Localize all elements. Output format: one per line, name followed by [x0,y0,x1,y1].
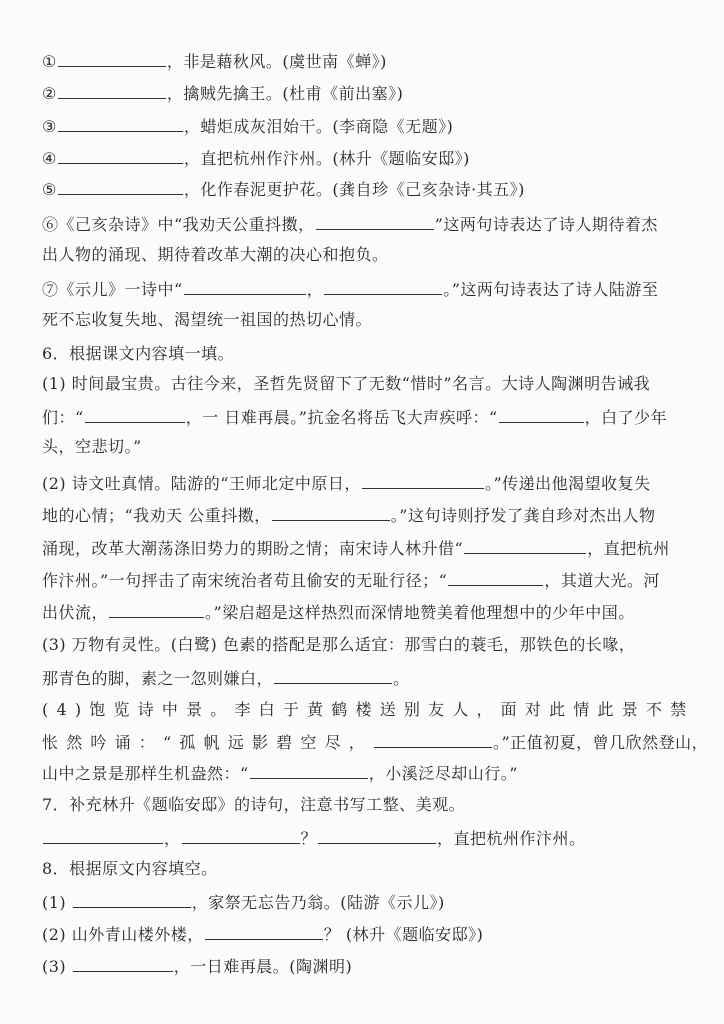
fill-in-blank[interactable] [448,569,543,586]
line-text: ③ [42,117,57,136]
line-text: ， [307,280,324,299]
text-line: ②，擒贼先擒王。(杜甫《前出塞》) [42,82,684,104]
fill-in-blank[interactable] [324,278,442,295]
fill-in-blank[interactable] [58,147,183,164]
text-line: (2) 山外青山楼外楼，？ (林升《题临安邸》) [42,923,684,945]
line-text: ，其道大光。河 [544,571,660,590]
text-line: 那青色的脚，素之一忽则嫌白，。 [42,667,684,689]
fill-in-blank[interactable] [316,213,434,230]
line-text: 头，空悲切。” [42,437,142,456]
fill-in-blank[interactable] [362,472,484,489]
fill-in-blank[interactable] [205,923,323,940]
line-text: 7．补充林升《题临安邸》的诗句，注意书写工整、美观。 [42,795,465,814]
line-text: ，小溪泛尽却山行。” [369,764,518,783]
fill-in-blank[interactable] [43,827,163,844]
line-text: 出伏流， [42,603,108,622]
fill-in-blank[interactable] [318,827,436,844]
text-line: 8．根据原文内容填空。 [42,859,684,879]
text-line: ，？，直把杭州作汴州。 [42,827,684,849]
fill-in-blank[interactable] [58,178,183,195]
text-line: ④，直把杭州作汴州。(林升《题临安邸》) [42,147,684,169]
text-line: 怅然吟诵：“孤帆远影碧空尽，。”正值初夏，曾几欣然登山， [42,731,684,753]
text-line: 涌现，改革大潮荡涤旧势力的期盼之情；南宋诗人林升借“，直把杭州 [42,537,684,559]
fill-in-blank[interactable] [250,762,368,779]
line-text: 出人物的涌现、期待着改革大潮的决心和抱负。 [42,245,389,264]
line-text: 死不忘收复失地、渴望统一祖国的热切心情。 [42,310,372,329]
fill-in-blank[interactable] [58,82,166,99]
line-text: ④ [42,149,57,168]
text-line: ⑤，化作春泥更护花。(龚自珍《己亥杂诗·其五》) [42,178,684,200]
line-text: ”这两句诗表达了诗人期待着杰 [435,215,658,234]
fill-in-blank[interactable] [73,891,191,908]
line-text: ，直把杭州作汴州。 [437,829,586,848]
line-text: ，一日难再晨。(陶渊明) [174,957,353,976]
text-line: ③，蜡炬成灰泪始干。(李商隐《无题》) [42,115,684,137]
text-line: (3) ，一日难再晨。(陶渊明) [42,955,684,977]
line-text: 。”这两句诗表达了诗人陆游至 [443,280,658,299]
line-text: ，直把杭州作汴州。(林升《题临安邸》) [184,149,470,168]
line-text: ，擒贼先擒王。(杜甫《前出塞》) [167,84,404,103]
text-line: 们：“，一 日难再晨。”抗金名将岳飞大声疾呼：“，白了少年 [42,406,684,428]
fill-in-blank[interactable] [58,50,166,67]
text-line: 7．补充林升《题临安邸》的诗句，注意书写工整、美观。 [42,795,684,815]
fill-in-blank[interactable] [73,955,173,972]
line-text: (2) 诗文吐真情。陆游的“王师北定中原日， [42,474,361,493]
line-text: ，蜡炬成灰泪始干。(李商隐《无题》) [184,117,454,136]
text-line: ①，非是藉秋风。(虞世南《蝉》) [42,50,684,72]
line-text: ，直把杭州 [587,539,670,558]
line-text: ② [42,84,57,103]
fill-in-blank[interactable] [109,601,204,618]
line-text: (2) 山外青山楼外楼， [42,925,204,944]
text-line: (1) ，家祭无忘告乃翁。(陆游《示儿》) [42,891,684,913]
line-text: 。”梁启超是这样热烈而深情地赞美着他理想中的少年中国。 [205,603,635,622]
line-text: 。 [393,669,410,688]
text-line: 出伏流，。”梁启超是这样热烈而深情地赞美着他理想中的少年中国。 [42,601,684,623]
fill-in-blank[interactable] [274,667,392,684]
line-text: 涌现，改革大潮荡涤旧势力的期盼之情；南宋诗人林升借“ [42,539,463,558]
fill-in-blank[interactable] [272,504,390,521]
line-text: (1) 时间最宝贵。古往今来，圣哲先贤留下了无数“惜时”名言。大诗人陶渊明告诫我 [42,374,650,393]
line-text: (3) 万物有灵性。(白鹭) 色素的搭配是那么适宜：那雪白的蓑毛，那铁色的长喙， [42,635,635,654]
line-text: (3) [42,957,72,976]
line-text: 那青色的脚，素之一忽则嫌白， [42,669,273,688]
line-text: 。”这句诗则抒发了龚自珍对杰出人物 [391,506,656,525]
text-line: (3) 万物有灵性。(白鹭) 色素的搭配是那么适宜：那雪白的蓑毛，那铁色的长喙， [42,635,684,655]
line-text: 怅然吟诵：“孤帆远影碧空尽， [42,733,373,752]
fill-in-blank[interactable] [374,731,492,748]
text-line: 作汴州。”一句抨击了南宋统治者苟且偷安的无耻行径；“，其道大光。河 [42,569,684,591]
fill-in-blank[interactable] [58,115,183,132]
fill-in-blank[interactable] [464,537,586,554]
line-text: ，非是藉秋风。(虞世南《蝉》) [167,52,387,71]
line-text: 。”传递出他渴望收复失 [485,474,651,493]
line-text: ， [164,829,181,848]
line-text: ⑥《己亥杂诗》中“我劝天公重抖擞， [42,215,315,234]
fill-in-blank[interactable] [182,827,300,844]
text-line: 头，空悲切。” [42,437,684,457]
line-text: ？ (林升《题临安邸》) [324,925,484,944]
text-line: 出人物的涌现、期待着改革大潮的决心和抱负。 [42,245,684,265]
fill-in-blank[interactable] [499,406,584,423]
line-text: ，家祭无忘告乃翁。(陆游《示儿》) [192,893,445,912]
line-text: 地的心情；“我劝天 公重抖擞， [42,506,271,525]
text-line: (2) 诗文吐真情。陆游的“王师北定中原日，。”传递出他渴望收复失 [42,472,684,494]
line-text: ⑤ [42,180,57,199]
fill-in-blank[interactable] [184,278,306,295]
line-text: ① [42,52,57,71]
text-line: (1) 时间最宝贵。古往今来，圣哲先贤留下了无数“惜时”名言。大诗人陶渊明告诫我 [42,374,684,394]
line-text: ，白了少年 [585,408,668,427]
line-text: ？ [301,829,318,848]
text-line: (4)饱览诗中景。李白于黄鹤楼送别友人，面对此情此景不禁 [42,700,684,720]
text-line: 地的心情；“我劝天 公重抖擞，。”这句诗则抒发了龚自珍对杰出人物 [42,504,684,526]
text-line: ⑦《示儿》一诗中“，。”这两句诗表达了诗人陆游至 [42,278,684,300]
line-text: ，一 日难再晨。”抗金名将岳飞大声疾呼：“ [186,408,498,427]
line-text: 8．根据原文内容填空。 [42,859,218,878]
line-text: (4)饱览诗中景。李白于黄鹤楼送别友人，面对此情此景不禁 [42,700,694,719]
line-text: (1) [42,893,72,912]
text-line: 死不忘收复失地、渴望统一祖国的热切心情。 [42,310,684,330]
line-text: 作汴州。”一句抨击了南宋统治者苟且偷安的无耻行径；“ [42,571,447,590]
line-text: 们：“ [42,408,84,427]
worksheet-page: ①，非是藉秋风。(虞世南《蝉》)②，擒贼先擒王。(杜甫《前出塞》)③，蜡炬成灰泪… [0,0,724,1024]
text-line: 6．根据课文内容填一填。 [42,344,684,364]
line-text: 山中之景是那样生机盎然：“ [42,764,249,783]
line-text: 6．根据课文内容填一填。 [42,344,234,363]
text-line: 山中之景是那样生机盎然：“，小溪泛尽却山行。” [42,762,684,784]
line-text: 。”正值初夏，曾几欣然登山， [493,733,708,752]
line-text: ，化作春泥更护花。(龚自珍《己亥杂诗·其五》) [184,180,525,199]
text-line: ⑥《己亥杂诗》中“我劝天公重抖擞，”这两句诗表达了诗人期待着杰 [42,213,684,235]
line-text: ⑦《示儿》一诗中“ [42,280,183,299]
fill-in-blank[interactable] [85,406,185,423]
